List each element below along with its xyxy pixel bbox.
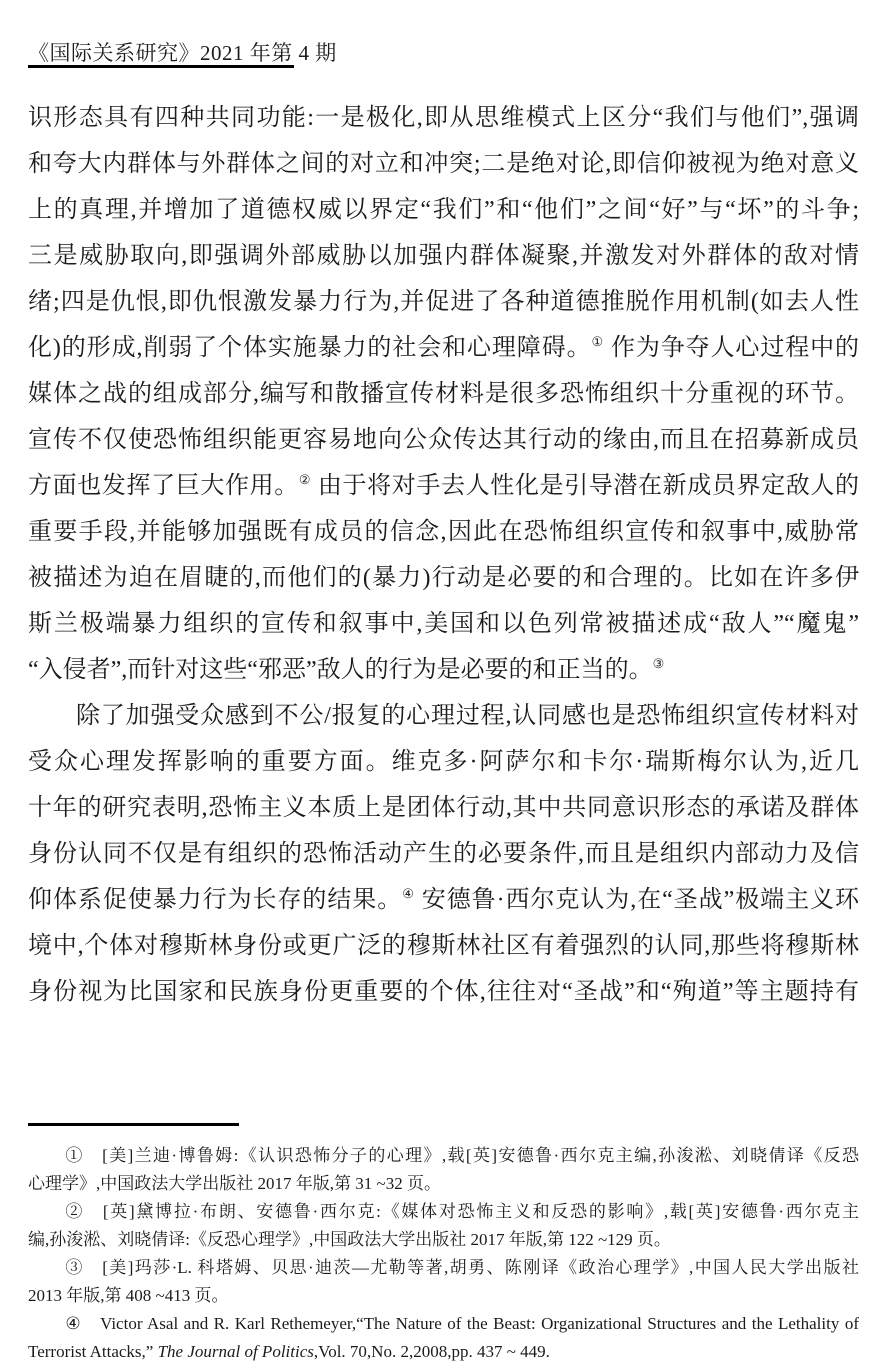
footnote-separator <box>28 1123 239 1126</box>
document-page: 《国际关系研究》2021 年第 4 期 识形态具有四种共同功能:一是极化,即从思… <box>0 0 877 1363</box>
body-line: 十年的研究表明,恐怖主义本质上是团体行动,其中共同意识形态的承诺及群体 <box>28 785 859 831</box>
body-line: 媒体之战的组成部分,编写和散播宣传材料是很多恐怖组织十分重视的环节。 <box>28 371 859 417</box>
header-rule <box>28 65 294 68</box>
body-line: 和夸大内群体与外群体之间的对立和冲突;二是绝对论,即信仰被视为绝对意义 <box>28 141 859 187</box>
body-line: 识形态具有四种共同功能:一是极化,即从思维模式上区分“我们与他们”,强调 <box>28 95 859 141</box>
footnote-line: ② [英]黛博拉·布朗、安德鲁·西尔克:《媒体对恐怖主义和反恐的影响》,载[英]… <box>28 1198 859 1226</box>
footnote-ref-marker: ① <box>591 334 604 349</box>
footnote-line: 编,孙浚淞、刘晓倩译:《反恐心理学》,中国政法大学出版社 2017 年版,第 1… <box>28 1226 859 1254</box>
italic-title: The Journal of Politics <box>158 1342 314 1361</box>
body-line: 仰体系促使暴力行为长存的结果。④ 安德鲁·西尔克认为,在“圣战”极端主义环 <box>28 877 859 923</box>
footnotes: ① [美]兰迪·博鲁姆:《认识恐怖分子的心理》,载[英]安德鲁·西尔克主编,孙浚… <box>28 1142 859 1363</box>
footnote-ref-marker: ④ <box>402 886 415 901</box>
body-line: “入侵者”,而针对这些“邪恶”敌人的行为是必要的和正当的。③ <box>28 647 859 693</box>
body-line: 身份视为比国家和民族身份更重要的个体,往往对“圣战”和“殉道”等主题持有 <box>28 969 859 1015</box>
body-line: 除了加强受众感到不公/报复的心理过程,认同感也是恐怖组织宣传材料对 <box>28 693 859 739</box>
footnote-line: ① [美]兰迪·博鲁姆:《认识恐怖分子的心理》,载[英]安德鲁·西尔克主编,孙浚… <box>28 1142 859 1170</box>
body-line: 重要手段,并能够加强既有成员的信念,因此在恐怖组织宣传和叙事中,威胁常 <box>28 509 859 555</box>
footnote-line: 2013 年版,第 408 ~413 页。 <box>28 1282 859 1310</box>
article-body: 识形态具有四种共同功能:一是极化,即从思维模式上区分“我们与他们”,强调和夸大内… <box>28 95 859 1015</box>
body-line: 身份认同不仅是有组织的恐怖活动产生的必要条件,而且是组织内部动力及信 <box>28 831 859 877</box>
body-line: 绪;四是仇恨,即仇恨激发暴力行为,并促进了各种道德推脱作用机制(如去人性 <box>28 279 859 325</box>
footnote-ref-marker: ③ <box>653 656 665 671</box>
body-line: 受众心理发挥影响的重要方面。维克多·阿萨尔和卡尔·瑞斯梅尔认为,近几 <box>28 739 859 785</box>
footnote-ref-marker: ② <box>299 472 311 487</box>
body-line: 被描述为迫在眉睫的,而他们的(暴力)行动是必要的和合理的。比如在许多伊 <box>28 555 859 601</box>
journal-header: 《国际关系研究》2021 年第 4 期 <box>28 37 337 67</box>
body-line: 三是威胁取向,即强调外部威胁以加强内群体凝聚,并激发对外群体的敌对情 <box>28 233 859 279</box>
body-line: 化)的形成,削弱了个体实施暴力的社会和心理障碍。① 作为争夺人心过程中的 <box>28 325 859 371</box>
body-line: 宣传不仅使恐怖组织能更容易地向公众传达其行动的缘由,而且在招募新成员 <box>28 417 859 463</box>
body-line: 境中,个体对穆斯林身份或更广泛的穆斯林社区有着强烈的认同,那些将穆斯林 <box>28 923 859 969</box>
footnote-line: ④ Victor Asal and R. Karl Rethemeyer,“Th… <box>28 1310 859 1338</box>
footnote-line: Terrorist Attacks,” The Journal of Polit… <box>28 1338 859 1363</box>
footnote-line: 心理学》,中国政法大学出版社 2017 年版,第 31 ~32 页。 <box>28 1170 859 1198</box>
body-line: 斯兰极端暴力组织的宣传和叙事中,美国和以色列常被描述成“敌人”“魔鬼” <box>28 601 859 647</box>
body-line: 方面也发挥了巨大作用。② 由于将对手去人性化是引导潜在新成员界定敌人的 <box>28 463 859 509</box>
body-line: 上的真理,并增加了道德权威以界定“我们”和“他们”之间“好”与“坏”的斗争; <box>28 187 859 233</box>
footnote-line: ③ [美]玛莎·L. 科塔姆、贝思·迪茨—尤勒等著,胡勇、陈刚译《政治心理学》,… <box>28 1254 859 1282</box>
